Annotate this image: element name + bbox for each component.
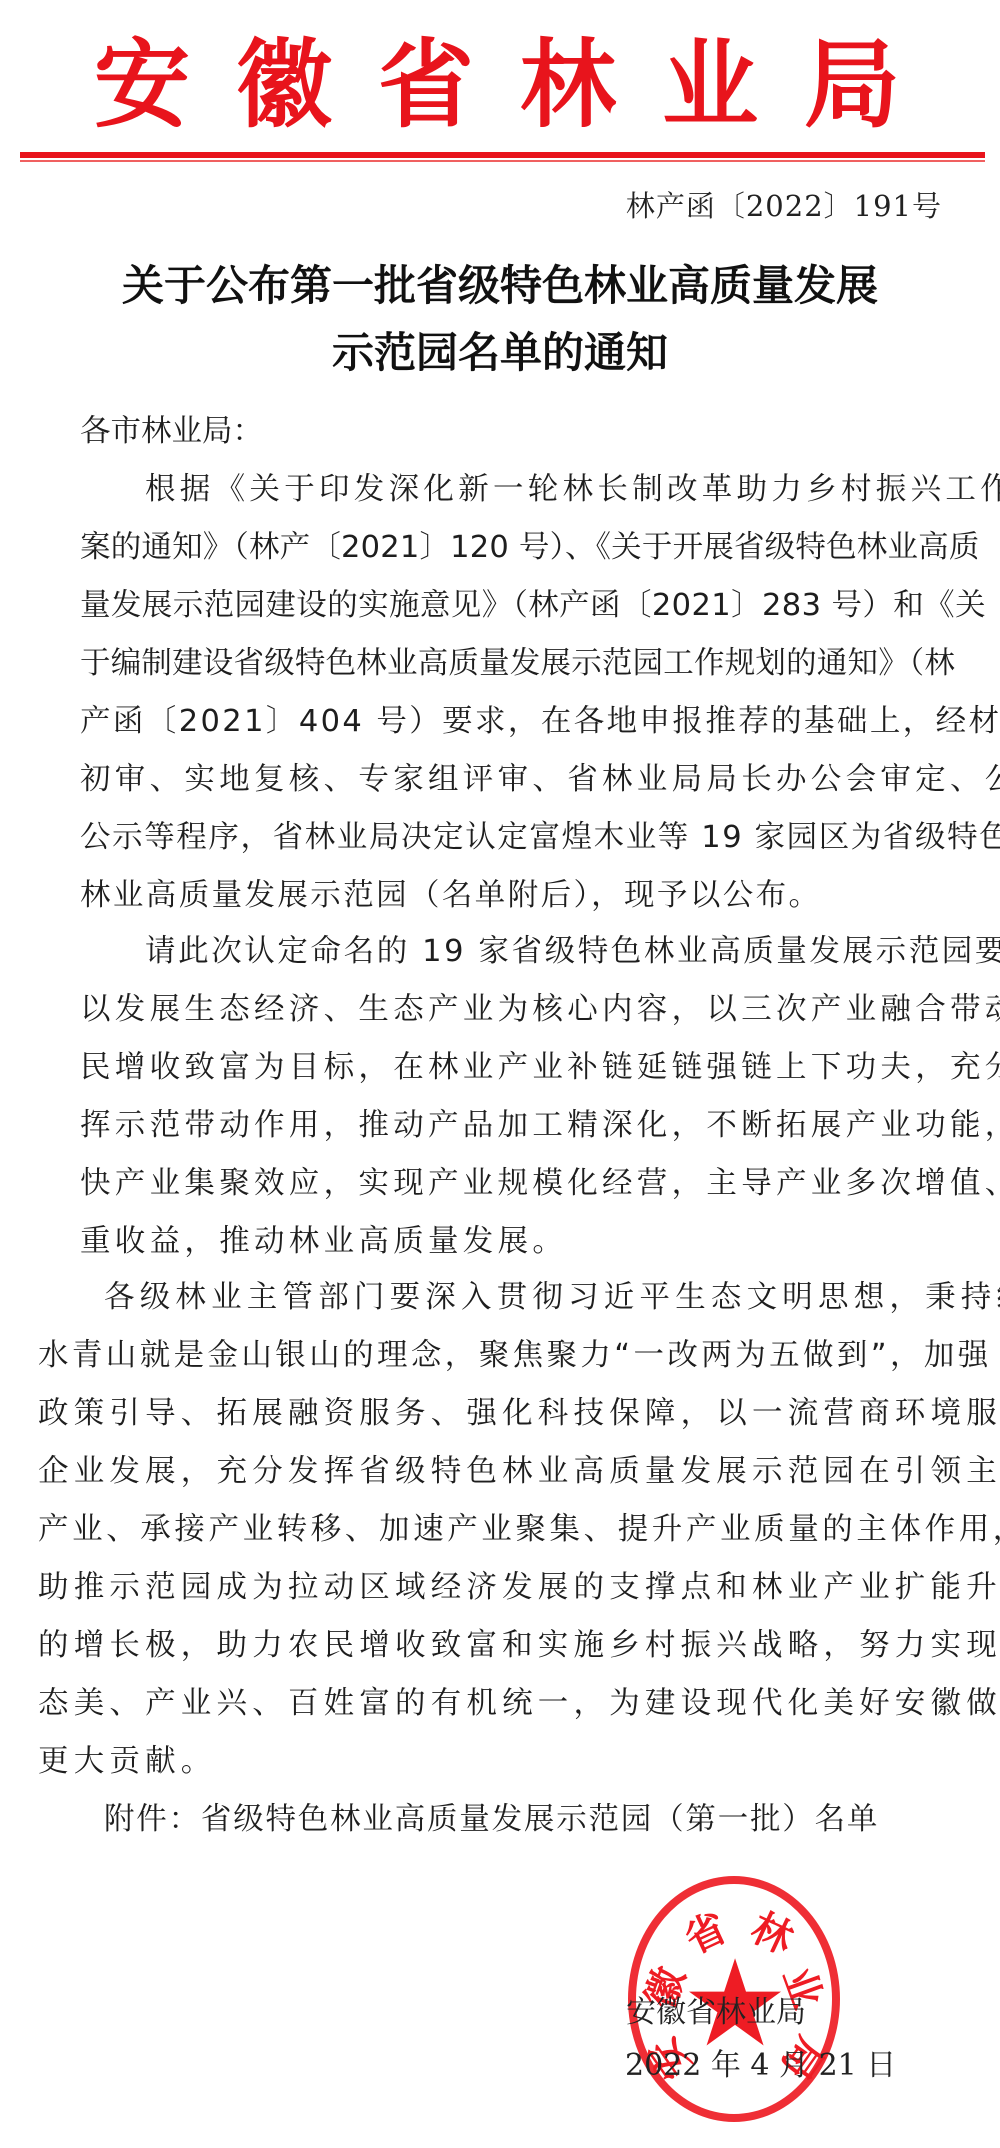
document-title-line-2: 示范园名单的通知 xyxy=(0,325,1000,381)
paragraph-line: 请此次认定命名的 19 家省级特色林业高质量发展示范园要 xyxy=(145,932,1000,972)
letterhead-org-name: 安徽省林业局 xyxy=(0,30,1000,140)
paragraph-line: 企业发展，充分发挥省级特色林业高质量发展示范园在引领主导 xyxy=(38,1452,1000,1492)
paragraph-line: 态美、产业兴、百姓富的有机统一，为建设现代化美好安徽做出 xyxy=(38,1684,1000,1724)
salutation: 各市林业局： xyxy=(80,412,263,452)
paragraph-line: 重收益，推动林业高质量发展。 xyxy=(80,1222,567,1262)
document-page: 安徽省林业局 林产函〔2022〕191号 关于公布第一批省级特色林业高质量发展 … xyxy=(0,0,1000,2148)
paragraph-line: 挥示范带动作用，推动产品加工精深化，不断拓展产业功能，加 xyxy=(80,1106,1000,1146)
paragraph-line: 产函〔2021〕404 号）要求，在各地申报推荐的基础上，经材料 xyxy=(80,702,1000,742)
signature-date: 2022 年 4 月 21 日 xyxy=(625,2046,896,2086)
paragraph-line: 案的通知》（林产〔2021〕120 号）、《关于开展省级特色林业高质 xyxy=(80,528,980,568)
paragraph-line: 林业高质量发展示范园（名单附后），现予以公布。 xyxy=(80,876,821,916)
paragraph-line: 以发展生态经济、生态产业为核心内容，以三次产业融合带动农 xyxy=(80,990,1000,1030)
letterhead-red-rule-thin xyxy=(20,160,985,162)
paragraph-line: 于编制建设省级特色林业高质量发展示范园工作规划的通知》（林 xyxy=(80,644,955,684)
paragraph-line: 水青山就是金山银山的理念，聚焦聚力“一改两为五做到”，加强 xyxy=(38,1336,992,1376)
paragraph-line: 公示等程序，省林业局决定认定富煌木业等 19 家园区为省级特色 xyxy=(80,818,1000,858)
document-title-line-1: 关于公布第一批省级特色林业高质量发展 xyxy=(0,258,1000,314)
paragraph-line: 产业、承接产业转移、加速产业聚集、提升产业质量的主体作用， xyxy=(38,1510,1000,1550)
signature-org: 安徽省林业局 xyxy=(626,1993,806,2033)
paragraph-line: 快产业集聚效应，实现产业规模化经营，主导产业多次增值、多 xyxy=(80,1164,1000,1204)
paragraph-line: 初审、实地复核、专家组评审、省林业局局长办公会审定、公开 xyxy=(80,760,1000,800)
paragraph-line: 更大贡献。 xyxy=(38,1742,217,1782)
attachment-note: 附件：省级特色林业高质量发展示范园（第一批）名单 xyxy=(104,1800,879,1840)
document-number: 林产函〔2022〕191号 xyxy=(626,186,942,226)
paragraph-line: 的增长极，助力农民增收致富和实施乡村振兴战略，努力实现生 xyxy=(38,1626,1000,1666)
paragraph-line: 量发展示范园建设的实施意见》（林产函〔2021〕283 号）和《关 xyxy=(80,586,986,626)
paragraph-line: 政策引导、拓展融资服务、强化科技保障，以一流营商环境服务 xyxy=(38,1394,1000,1434)
letterhead-red-rule xyxy=(20,152,985,158)
paragraph-line: 民增收致富为目标，在林业产业补链延链强链上下功夫，充分发 xyxy=(80,1048,1000,1088)
paragraph-line: 根据《关于印发深化新一轮林长制改革助力乡村振兴工作方 xyxy=(145,470,1000,510)
paragraph-line: 各级林业主管部门要深入贯彻习近平生态文明思想，秉持绿 xyxy=(104,1278,1000,1318)
paragraph-line: 助推示范园成为拉动区域经济发展的支撑点和林业产业扩能升级 xyxy=(38,1568,1000,1608)
